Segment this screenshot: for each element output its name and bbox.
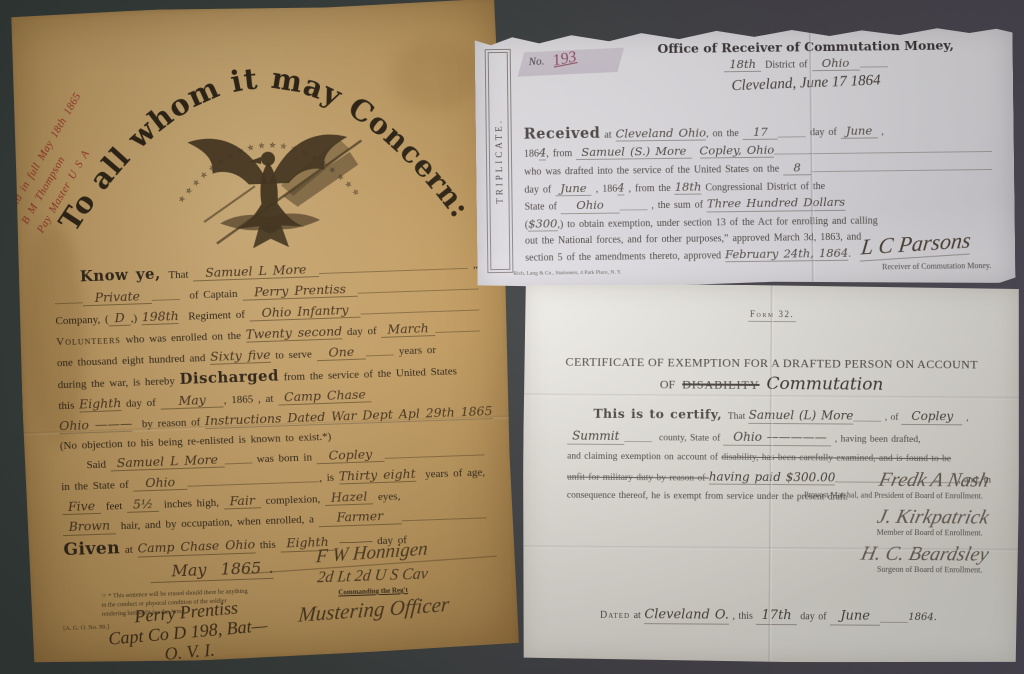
board-member-signature: J. Kirkpatrick xyxy=(657,505,991,527)
document-text-line: day of June , 1864 , from the 18th Congr… xyxy=(524,177,992,197)
dated-line: Dated at Cleveland O. , this 17th day of… xyxy=(600,608,970,634)
office-title: Office of Receiver of Commutation Money, xyxy=(621,37,991,57)
form-number-underline xyxy=(748,321,796,322)
certificate-title-line1: CERTIFICATE OF EXEMPTION FOR A DRAFTED P… xyxy=(524,354,1020,372)
triplicate-band: TRIPLICATE. xyxy=(485,49,514,273)
document-text-line: This is to certify, That Samuel (L) More… xyxy=(567,407,991,426)
form-number: Form 32. xyxy=(524,307,1020,320)
exemption-certificate-document: Form 32. CERTIFICATE OF EXEMPTION FOR A … xyxy=(522,283,1021,663)
document-text-line: and claiming exemption on account of dis… xyxy=(567,451,991,465)
document-text-line: Summit county, State of Ohio ————— , hav… xyxy=(567,429,991,447)
document-text-line: who was drafted into the service of the … xyxy=(524,159,992,179)
receipt-number-value: 193 xyxy=(551,48,578,70)
document-text-line: 1864, from Samuel (S.) More Copley, Ohio xyxy=(524,141,992,161)
receiver-signature-caption: Receiver of Commutation Money. xyxy=(882,261,991,271)
receipt-header: Office of Receiver of Commutation Money,… xyxy=(621,37,992,94)
receipt-number-box: No. 193 xyxy=(520,48,621,77)
board-signatures-block: Fredk A Nash Provost Marshal, and Presid… xyxy=(658,468,989,581)
title-of-word: OF xyxy=(660,377,675,391)
certificate-title-line2: OF DISABILITY Commutation xyxy=(524,372,1020,395)
receipt-number-label: No. xyxy=(528,55,544,68)
photo-of-documents-background: Paid in full May 18th 1865B M ThompsonPa… xyxy=(0,0,1024,674)
provost-marshal-signature: Fredk A Nash xyxy=(657,468,991,490)
document-text-line: Dated at Cleveland O. , this 17th day of… xyxy=(600,608,970,627)
eagle-icon: ✯ ✯ ✯ ✯ ✯ ✯ ✯ ✯ ✯ ✯ ✯ ✯ ✯ ✯ ✯ ✯ ✯ ✯ ✯ ✯ xyxy=(160,98,377,263)
document-text-line: Received at Cleveland Ohio, on the 17 da… xyxy=(524,121,992,143)
struck-disability-word: DISABILITY xyxy=(682,377,759,392)
printer-imprint: Rich, Lang & Co., Stationers, 4 Park Pla… xyxy=(513,270,621,277)
triplicate-label: TRIPLICATE. xyxy=(494,118,505,204)
surgeon-signature: H. C. Beardsley xyxy=(656,542,990,564)
discharge-certificate-document: Paid in full May 18th 1865B M ThompsonPa… xyxy=(9,0,519,666)
commutation-receipt-document: TRIPLICATE. No. 193 Office of Receiver o… xyxy=(474,25,1015,290)
document-text-line: State of Ohio , the sum of Three Hundred… xyxy=(525,194,993,214)
eagle-silhouette xyxy=(187,133,365,250)
document-text-line: ($300,) to obtain exemption, under secti… xyxy=(525,212,993,232)
handwritten-commutation-word: Commutation xyxy=(766,374,883,395)
